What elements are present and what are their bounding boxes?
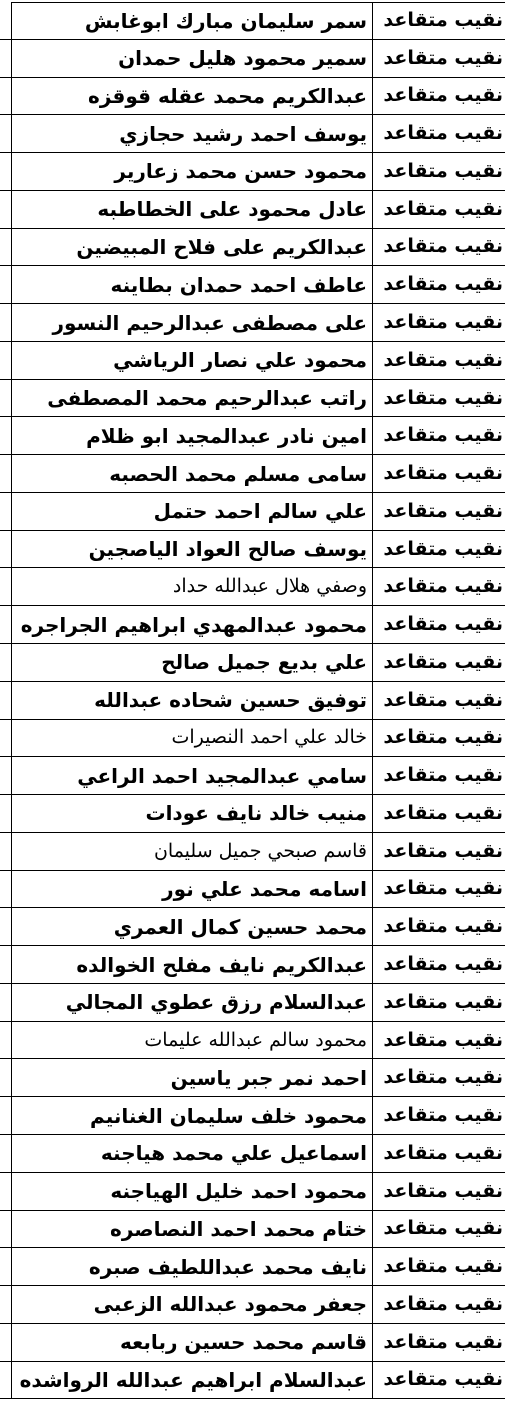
table-row: اسماعيل علي محمد هياجنه نقيب متقاعد <box>0 1135 505 1173</box>
officer-name: علي بديع جميل صالح <box>161 652 367 672</box>
table-row: سمير محمود هليل حمدان نقيب متقاعد <box>0 40 505 78</box>
table-row: علي سالم احمد حتمل نقيب متقاعد <box>0 493 505 531</box>
table-row: احمد نمر جبر ياسين نقيب متقاعد <box>0 1059 505 1097</box>
row-margin-cell <box>0 229 12 266</box>
rank-cell: نقيب متقاعد <box>373 78 505 115</box>
rank-cell: نقيب متقاعد <box>373 1022 505 1059</box>
table-row: محمد حسين كمال العمري نقيب متقاعد <box>0 908 505 946</box>
table-row: نايف محمد عبداللطيف صبره نقيب متقاعد <box>0 1248 505 1286</box>
table-row: ختام محمد احمد النصاصره نقيب متقاعد <box>0 1211 505 1249</box>
rank-cell: نقيب متقاعد <box>373 1097 505 1134</box>
name-cell: عبدالسلام رزق عطوي المجالي <box>12 984 373 1021</box>
rank-cell: نقيب متقاعد <box>373 1135 505 1172</box>
rank-cell: نقيب متقاعد <box>373 191 505 228</box>
table-row: منيب خالد نايف عودات نقيب متقاعد <box>0 795 505 833</box>
row-margin-cell <box>0 2 12 39</box>
table-row: عبدالسلام رزق عطوي المجالي نقيب متقاعد <box>0 984 505 1022</box>
rank-cell: نقيب متقاعد <box>373 153 505 190</box>
officer-rank: نقيب متقاعد <box>383 804 503 823</box>
rank-cell: نقيب متقاعد <box>373 304 505 341</box>
rank-cell: نقيب متقاعد <box>373 531 505 568</box>
row-margin-cell <box>0 946 12 983</box>
name-cell: محمود خلف سليمان الغنانيم <box>12 1097 373 1134</box>
officer-rank: نقيب متقاعد <box>383 653 503 672</box>
officer-rank: نقيب متقاعد <box>383 162 503 181</box>
officer-name: نايف محمد عبداللطيف صبره <box>89 1257 367 1277</box>
name-cell: نايف محمد عبداللطيف صبره <box>12 1248 373 1285</box>
officer-rank: نقيب متقاعد <box>383 1068 503 1087</box>
table-row: راتب عبدالرحيم محمد المصطفى نقيب متقاعد <box>0 380 505 418</box>
row-margin-cell <box>0 380 12 417</box>
name-cell: محمود حسن محمد زعارير <box>12 153 373 190</box>
rank-cell: نقيب متقاعد <box>373 2 505 39</box>
rank-cell: نقيب متقاعد <box>373 720 505 757</box>
officer-name: عبدالكريم محمد عقله قوقزه <box>88 86 367 106</box>
officer-rank: نقيب متقاعد <box>383 577 503 596</box>
officer-rank: نقيب متقاعد <box>383 426 503 445</box>
table-row: على مصطفى عبدالرحيم النسور نقيب متقاعد <box>0 304 505 342</box>
name-cell: عبدالسلام ابراهيم عبدالله الرواشده <box>12 1362 373 1399</box>
name-cell: عادل محمود على الخطاطبه <box>12 191 373 228</box>
officer-rank: نقيب متقاعد <box>383 11 503 30</box>
officer-rank: نقيب متقاعد <box>383 540 503 559</box>
rank-cell: نقيب متقاعد <box>373 1248 505 1285</box>
row-margin-cell <box>0 1324 12 1361</box>
table-row: علي بديع جميل صالح نقيب متقاعد <box>0 644 505 682</box>
name-cell: عاطف احمد حمدان بطاينه <box>12 266 373 303</box>
officer-name: اسماعيل علي محمد هياجنه <box>101 1143 367 1163</box>
rank-cell: نقيب متقاعد <box>373 946 505 983</box>
officer-rank: نقيب متقاعد <box>383 1106 503 1125</box>
row-margin-cell <box>0 266 12 303</box>
name-cell: علي بديع جميل صالح <box>12 644 373 681</box>
row-margin-cell <box>0 795 12 832</box>
row-margin-cell <box>0 833 12 870</box>
officer-name: محمود سالم عبدالله عليمات <box>144 1031 367 1050</box>
rank-cell: نقيب متقاعد <box>373 417 505 454</box>
row-margin-cell <box>0 417 12 454</box>
officer-name: عبدالكريم على فلاح المبيضين <box>76 237 367 257</box>
rank-cell: نقيب متقاعد <box>373 568 505 605</box>
officer-rank: نقيب متقاعد <box>383 691 503 710</box>
officer-rank: نقيب متقاعد <box>383 237 503 256</box>
row-margin-cell <box>0 757 12 794</box>
officer-rank: نقيب متقاعد <box>383 1031 503 1050</box>
row-margin-cell <box>0 455 12 492</box>
row-margin-cell <box>0 1362 12 1399</box>
officer-name: عبدالسلام ابراهيم عبدالله الرواشده <box>20 1370 367 1390</box>
name-cell: وصفي هلال عبدالله حداد <box>12 568 373 605</box>
name-cell: اسامه محمد علي نور <box>12 871 373 908</box>
officers-table: سمر سليمان مبارك ابوغابش نقيب متقاعد سمي… <box>0 2 505 1399</box>
table-row: محمود عبدالمهدي ابراهيم الجراجره نقيب مت… <box>0 606 505 644</box>
officer-rank: نقيب متقاعد <box>383 49 503 68</box>
table-row: وصفي هلال عبدالله حداد نقيب متقاعد <box>0 568 505 606</box>
table-row: عبدالكريم نايف مفلح الخوالده نقيب متقاعد <box>0 946 505 984</box>
name-cell: ختام محمد احمد النصاصره <box>12 1211 373 1248</box>
officer-name: قاسم محمد حسين ربابعه <box>120 1332 367 1352</box>
officer-name: يوسف صالح العواد الياصجين <box>89 539 367 559</box>
table-row: توفيق حسين شحاده عبدالله نقيب متقاعد <box>0 682 505 720</box>
row-margin-cell <box>0 984 12 1021</box>
row-margin-cell <box>0 191 12 228</box>
table-row: قاسم صبحي جميل سليمان نقيب متقاعد <box>0 833 505 871</box>
table-row: سامي عبدالمجيد احمد الراعي نقيب متقاعد <box>0 757 505 795</box>
table-row: عبدالكريم على فلاح المبيضين نقيب متقاعد <box>0 229 505 267</box>
officer-name: راتب عبدالرحيم محمد المصطفى <box>47 388 367 408</box>
officer-rank: نقيب متقاعد <box>383 1144 503 1163</box>
rank-cell: نقيب متقاعد <box>373 1286 505 1323</box>
officer-rank: نقيب متقاعد <box>383 842 503 861</box>
name-cell: محمود علي نصار الرياشي <box>12 342 373 379</box>
officer-name: جعفر محمود عبدالله الزعبى <box>94 1294 367 1314</box>
row-margin-cell <box>0 40 12 77</box>
row-margin-cell <box>0 1248 12 1285</box>
officer-name: محمود علي نصار الرياشي <box>113 350 367 370</box>
table-row: محمود علي نصار الرياشي نقيب متقاعد <box>0 342 505 380</box>
officer-name: سمير محمود هليل حمدان <box>118 48 367 68</box>
officer-name: ختام محمد احمد النصاصره <box>110 1219 367 1239</box>
officer-name: سامى مسلم محمد الحصبه <box>109 464 367 484</box>
name-cell: سمر سليمان مبارك ابوغابش <box>12 2 373 39</box>
officer-rank: نقيب متقاعد <box>383 464 503 483</box>
officer-rank: نقيب متقاعد <box>383 879 503 898</box>
row-margin-cell <box>0 1059 12 1096</box>
officer-rank: نقيب متقاعد <box>383 728 503 747</box>
rank-cell: نقيب متقاعد <box>373 115 505 152</box>
name-cell: يوسف احمد رشيد حجازي <box>12 115 373 152</box>
row-margin-cell <box>0 78 12 115</box>
officer-rank: نقيب متقاعد <box>383 502 503 521</box>
row-margin-cell <box>0 304 12 341</box>
rank-cell: نقيب متقاعد <box>373 833 505 870</box>
table-row: محمود سالم عبدالله عليمات نقيب متقاعد <box>0 1022 505 1060</box>
rank-cell: نقيب متقاعد <box>373 871 505 908</box>
officer-name: عبدالكريم نايف مفلح الخوالده <box>76 955 367 975</box>
name-cell: محمود سالم عبدالله عليمات <box>12 1022 373 1059</box>
officer-name: سمر سليمان مبارك ابوغابش <box>85 11 367 31</box>
name-cell: محمد حسين كمال العمري <box>12 908 373 945</box>
officer-rank: نقيب متقاعد <box>383 993 503 1012</box>
officer-name: سامي عبدالمجيد احمد الراعي <box>77 766 367 786</box>
officer-name: عبدالسلام رزق عطوي المجالي <box>66 992 367 1012</box>
name-cell: خالد علي احمد النصيرات <box>12 720 373 757</box>
officer-name: محمود احمد خليل الهياجنه <box>110 1181 367 1201</box>
officer-name: عادل محمود على الخطاطبه <box>97 199 367 219</box>
table-row: خالد علي احمد النصيرات نقيب متقاعد <box>0 720 505 758</box>
table-row: سامى مسلم محمد الحصبه نقيب متقاعد <box>0 455 505 493</box>
officer-name: علي سالم احمد حتمل <box>154 501 367 521</box>
rank-cell: نقيب متقاعد <box>373 40 505 77</box>
rank-cell: نقيب متقاعد <box>373 266 505 303</box>
name-cell: سامي عبدالمجيد احمد الراعي <box>12 757 373 794</box>
rank-cell: نقيب متقاعد <box>373 795 505 832</box>
officer-rank: نقيب متقاعد <box>383 1370 503 1389</box>
rank-cell: نقيب متقاعد <box>373 380 505 417</box>
page: سمر سليمان مبارك ابوغابش نقيب متقاعد سمي… <box>0 0 505 1405</box>
rank-cell: نقيب متقاعد <box>373 1324 505 1361</box>
row-margin-cell <box>0 682 12 719</box>
row-margin-cell <box>0 1097 12 1134</box>
rank-cell: نقيب متقاعد <box>373 1173 505 1210</box>
officer-rank: نقيب متقاعد <box>383 1219 503 1238</box>
rank-cell: نقيب متقاعد <box>373 1211 505 1248</box>
table-row: اسامه محمد علي نور نقيب متقاعد <box>0 871 505 909</box>
rank-cell: نقيب متقاعد <box>373 455 505 492</box>
officer-rank: نقيب متقاعد <box>383 1333 503 1352</box>
row-margin-cell <box>0 606 12 643</box>
row-margin-cell <box>0 115 12 152</box>
table-row: محمود حسن محمد زعارير نقيب متقاعد <box>0 153 505 191</box>
name-cell: امين نادر عبدالمجيد ابو ظلام <box>12 417 373 454</box>
officer-rank: نقيب متقاعد <box>383 766 503 785</box>
rank-cell: نقيب متقاعد <box>373 342 505 379</box>
name-cell: محمود عبدالمهدي ابراهيم الجراجره <box>12 606 373 643</box>
name-cell: راتب عبدالرحيم محمد المصطفى <box>12 380 373 417</box>
table-row: جعفر محمود عبدالله الزعبى نقيب متقاعد <box>0 1286 505 1324</box>
officer-rank: نقيب متقاعد <box>383 86 503 105</box>
name-cell: علي سالم احمد حتمل <box>12 493 373 530</box>
table-row: عبدالكريم محمد عقله قوقزه نقيب متقاعد <box>0 78 505 116</box>
row-margin-cell <box>0 871 12 908</box>
name-cell: احمد نمر جبر ياسين <box>12 1059 373 1096</box>
rank-cell: نقيب متقاعد <box>373 493 505 530</box>
table-row: محمود خلف سليمان الغنانيم نقيب متقاعد <box>0 1097 505 1135</box>
rank-cell: نقيب متقاعد <box>373 644 505 681</box>
name-cell: يوسف صالح العواد الياصجين <box>12 531 373 568</box>
row-margin-cell <box>0 908 12 945</box>
officer-rank: نقيب متقاعد <box>383 124 503 143</box>
row-margin-cell <box>0 493 12 530</box>
officer-name: محمود حسن محمد زعارير <box>114 161 367 181</box>
officer-name: توفيق حسين شحاده عبدالله <box>94 690 367 710</box>
officer-rank: نقيب متقاعد <box>383 351 503 370</box>
row-margin-cell <box>0 153 12 190</box>
name-cell: عبدالكريم على فلاح المبيضين <box>12 229 373 266</box>
row-margin-cell <box>0 720 12 757</box>
officer-name: قاسم صبحي جميل سليمان <box>154 842 367 861</box>
row-margin-cell <box>0 1211 12 1248</box>
rank-cell: نقيب متقاعد <box>373 682 505 719</box>
officer-rank: نقيب متقاعد <box>383 1257 503 1276</box>
officer-rank: نقيب متقاعد <box>383 955 503 974</box>
rank-cell: نقيب متقاعد <box>373 229 505 266</box>
name-cell: سمير محمود هليل حمدان <box>12 40 373 77</box>
table-row: محمود احمد خليل الهياجنه نقيب متقاعد <box>0 1173 505 1211</box>
name-cell: على مصطفى عبدالرحيم النسور <box>12 304 373 341</box>
name-cell: محمود احمد خليل الهياجنه <box>12 1173 373 1210</box>
rank-cell: نقيب متقاعد <box>373 757 505 794</box>
table-row: سمر سليمان مبارك ابوغابش نقيب متقاعد <box>0 2 505 40</box>
officer-name: اسامه محمد علي نور <box>162 879 367 899</box>
officer-name: محمد حسين كمال العمري <box>114 917 367 937</box>
officer-rank: نقيب متقاعد <box>383 615 503 634</box>
name-cell: جعفر محمود عبدالله الزعبى <box>12 1286 373 1323</box>
name-cell: توفيق حسين شحاده عبدالله <box>12 682 373 719</box>
table-row: قاسم محمد حسين ربابعه نقيب متقاعد <box>0 1324 505 1362</box>
rank-cell: نقيب متقاعد <box>373 606 505 643</box>
row-margin-cell <box>0 1135 12 1172</box>
row-margin-cell <box>0 1286 12 1323</box>
officer-name: وصفي هلال عبدالله حداد <box>173 577 367 596</box>
rank-cell: نقيب متقاعد <box>373 1059 505 1096</box>
officer-name: منيب خالد نايف عودات <box>145 803 367 823</box>
table-row: يوسف صالح العواد الياصجين نقيب متقاعد <box>0 531 505 569</box>
officer-rank: نقيب متقاعد <box>383 389 503 408</box>
name-cell: اسماعيل علي محمد هياجنه <box>12 1135 373 1172</box>
officer-name: محمود خلف سليمان الغنانيم <box>90 1106 367 1126</box>
officer-name: على مصطفى عبدالرحيم النسور <box>52 313 367 333</box>
officer-rank: نقيب متقاعد <box>383 200 503 219</box>
officer-name: محمود عبدالمهدي ابراهيم الجراجره <box>21 615 367 635</box>
officer-rank: نقيب متقاعد <box>383 313 503 332</box>
officer-name: امين نادر عبدالمجيد ابو ظلام <box>86 426 367 446</box>
row-margin-cell <box>0 1173 12 1210</box>
table-row: يوسف احمد رشيد حجازي نقيب متقاعد <box>0 115 505 153</box>
table-row: عبدالسلام ابراهيم عبدالله الرواشده نقيب … <box>0 1362 505 1400</box>
officer-rank: نقيب متقاعد <box>383 917 503 936</box>
table-row: عاطف احمد حمدان بطاينه نقيب متقاعد <box>0 266 505 304</box>
officer-name: خالد علي احمد النصيرات <box>171 728 367 747</box>
row-margin-cell <box>0 531 12 568</box>
row-margin-cell <box>0 342 12 379</box>
name-cell: منيب خالد نايف عودات <box>12 795 373 832</box>
officer-rank: نقيب متقاعد <box>383 1182 503 1201</box>
table-row: امين نادر عبدالمجيد ابو ظلام نقيب متقاعد <box>0 417 505 455</box>
row-margin-cell <box>0 1022 12 1059</box>
name-cell: قاسم محمد حسين ربابعه <box>12 1324 373 1361</box>
name-cell: سامى مسلم محمد الحصبه <box>12 455 373 492</box>
row-margin-cell <box>0 644 12 681</box>
officer-rank: نقيب متقاعد <box>383 275 503 294</box>
name-cell: عبدالكريم محمد عقله قوقزه <box>12 78 373 115</box>
officer-name: يوسف احمد رشيد حجازي <box>119 124 367 144</box>
rank-cell: نقيب متقاعد <box>373 1362 505 1399</box>
officer-rank: نقيب متقاعد <box>383 1295 503 1314</box>
rank-cell: نقيب متقاعد <box>373 984 505 1021</box>
table-row: عادل محمود على الخطاطبه نقيب متقاعد <box>0 191 505 229</box>
row-margin-cell <box>0 568 12 605</box>
name-cell: عبدالكريم نايف مفلح الخوالده <box>12 946 373 983</box>
officer-name: عاطف احمد حمدان بطاينه <box>110 275 367 295</box>
officer-name: احمد نمر جبر ياسين <box>171 1068 367 1088</box>
rank-cell: نقيب متقاعد <box>373 908 505 945</box>
name-cell: قاسم صبحي جميل سليمان <box>12 833 373 870</box>
